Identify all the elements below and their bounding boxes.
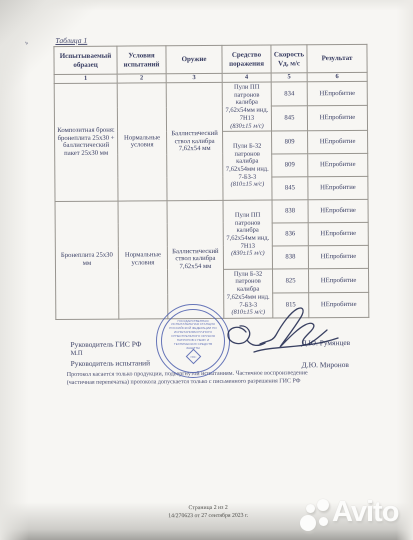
col-num: 4 bbox=[222, 73, 271, 82]
signature-scribble-left bbox=[228, 326, 265, 345]
test-results-table: Испытываемый образец Условия испытаний О… bbox=[53, 44, 369, 320]
speed-cell: 836 bbox=[272, 223, 308, 246]
speed-cell: 834 bbox=[271, 82, 307, 107]
stamp-center-diamond: ГИС bbox=[185, 349, 201, 365]
speed-cell: 825 bbox=[272, 269, 308, 294]
header-means: Средство поражения bbox=[222, 45, 271, 73]
ammo-spec: (810±15 м/с) bbox=[225, 181, 269, 189]
ammo-cell: Пули ПП патронов калибра 7,62х54мм инд. … bbox=[222, 82, 271, 131]
col-num: 2 bbox=[117, 74, 166, 83]
table-row: Бронеплита 25х30 мм Нормальные условия Б… bbox=[55, 199, 368, 224]
col-num: 3 bbox=[166, 73, 222, 82]
ammo-text: Пули ПП патронов калибра 7,62х54мм инд. … bbox=[226, 211, 269, 249]
protocol-note: Протокол касается только продукции, подв… bbox=[67, 369, 367, 387]
stray-pen-mark: ь bbox=[24, 40, 29, 47]
result-cell: НЕпробитие bbox=[308, 222, 368, 245]
speed-cell: 809 bbox=[272, 131, 308, 154]
signature-flourish-right bbox=[260, 308, 327, 347]
scanned-document-page: ь Таблица 1 Испытываемый образец Условия… bbox=[0, 0, 413, 540]
result-cell: НЕпробитие bbox=[307, 81, 367, 106]
sample-cell: Бронеплита 25х30 мм bbox=[55, 201, 119, 319]
ammo-text: Пули ПП патронов калибра 7,62х54мм инд. … bbox=[225, 84, 268, 122]
page-content: ь Таблица 1 Испытываемый образец Условия… bbox=[0, 0, 413, 540]
avito-logo-circle bbox=[300, 515, 316, 531]
table-caption: Таблица 1 bbox=[55, 36, 87, 45]
stamp-place-label: М.П bbox=[71, 350, 83, 357]
conditions-cell: Нормальные условия bbox=[117, 83, 167, 201]
result-cell: НЕпробитие bbox=[308, 245, 368, 268]
ammo-spec: (830±15 м/с) bbox=[225, 122, 269, 130]
result-cell: НЕпробитие bbox=[308, 153, 368, 176]
sample-cell: Композитная броня: бронеплита 25х30 + ба… bbox=[54, 83, 118, 201]
speed-cell: 845 bbox=[271, 106, 307, 131]
speed-cell: 809 bbox=[272, 154, 308, 177]
header-sample: Испытываемый образец bbox=[54, 46, 117, 74]
header-conditions: Условия испытаний bbox=[117, 46, 166, 74]
avito-logo-circle bbox=[317, 499, 329, 511]
signatory-name-2: Д.Ю. Миронов bbox=[302, 360, 349, 369]
conditions-cell: Нормальные условия bbox=[118, 201, 168, 319]
avito-logo-circle bbox=[319, 517, 328, 526]
signature-role-1: Руководитель ГИС РФ bbox=[70, 339, 141, 348]
header-row: Испытываемый образец Условия испытаний О… bbox=[54, 44, 367, 74]
result-cell: НЕпробитие bbox=[307, 106, 367, 131]
stamp-center-text: ГИС bbox=[190, 355, 196, 359]
signature-role-2: Руководитель испытаний bbox=[71, 358, 150, 368]
header-result: Результат bbox=[307, 44, 367, 72]
weapon-cell: Баллистический ствол калибра 7,62х54 мм bbox=[166, 82, 223, 200]
result-cell: НЕпробитие bbox=[308, 130, 368, 153]
ammo-cell: Пули ПП патронов калибра 7,62х54мм инд. … bbox=[223, 200, 272, 269]
avito-logo-circle bbox=[306, 504, 315, 513]
ammo-spec: (830±15 м/с) bbox=[226, 250, 270, 258]
header-speed: Скорость Vд, м/с bbox=[271, 45, 307, 73]
result-cell: НЕпробитие bbox=[308, 268, 368, 293]
col-num: 5 bbox=[271, 73, 307, 82]
avito-watermark: Avito bbox=[298, 496, 413, 540]
ammo-cell: Пули Б-32 патронов калибра 7,62х54мм инд… bbox=[223, 131, 272, 200]
protocol-note-line: (частичная перепечатка) протокола допуск… bbox=[67, 377, 367, 387]
speed-cell: 845 bbox=[272, 177, 308, 200]
result-cell: НЕпробитие bbox=[308, 199, 368, 222]
result-cell: НЕпробитие bbox=[308, 176, 368, 199]
header-weapon: Оружие bbox=[166, 45, 222, 73]
avito-watermark-text: Avito bbox=[332, 496, 398, 529]
ammo-text: Пули Б-32 патронов калибра 7,62х54мм инд… bbox=[226, 142, 269, 180]
speed-cell: 838 bbox=[272, 200, 308, 223]
col-num: 6 bbox=[307, 72, 367, 81]
col-num: 1 bbox=[54, 74, 117, 83]
handwritten-signatures bbox=[210, 300, 350, 360]
signature-underline bbox=[254, 338, 338, 352]
speed-cell: 838 bbox=[272, 246, 308, 269]
table-row: Композитная броня: бронеплита 25х30 + ба… bbox=[54, 81, 367, 108]
